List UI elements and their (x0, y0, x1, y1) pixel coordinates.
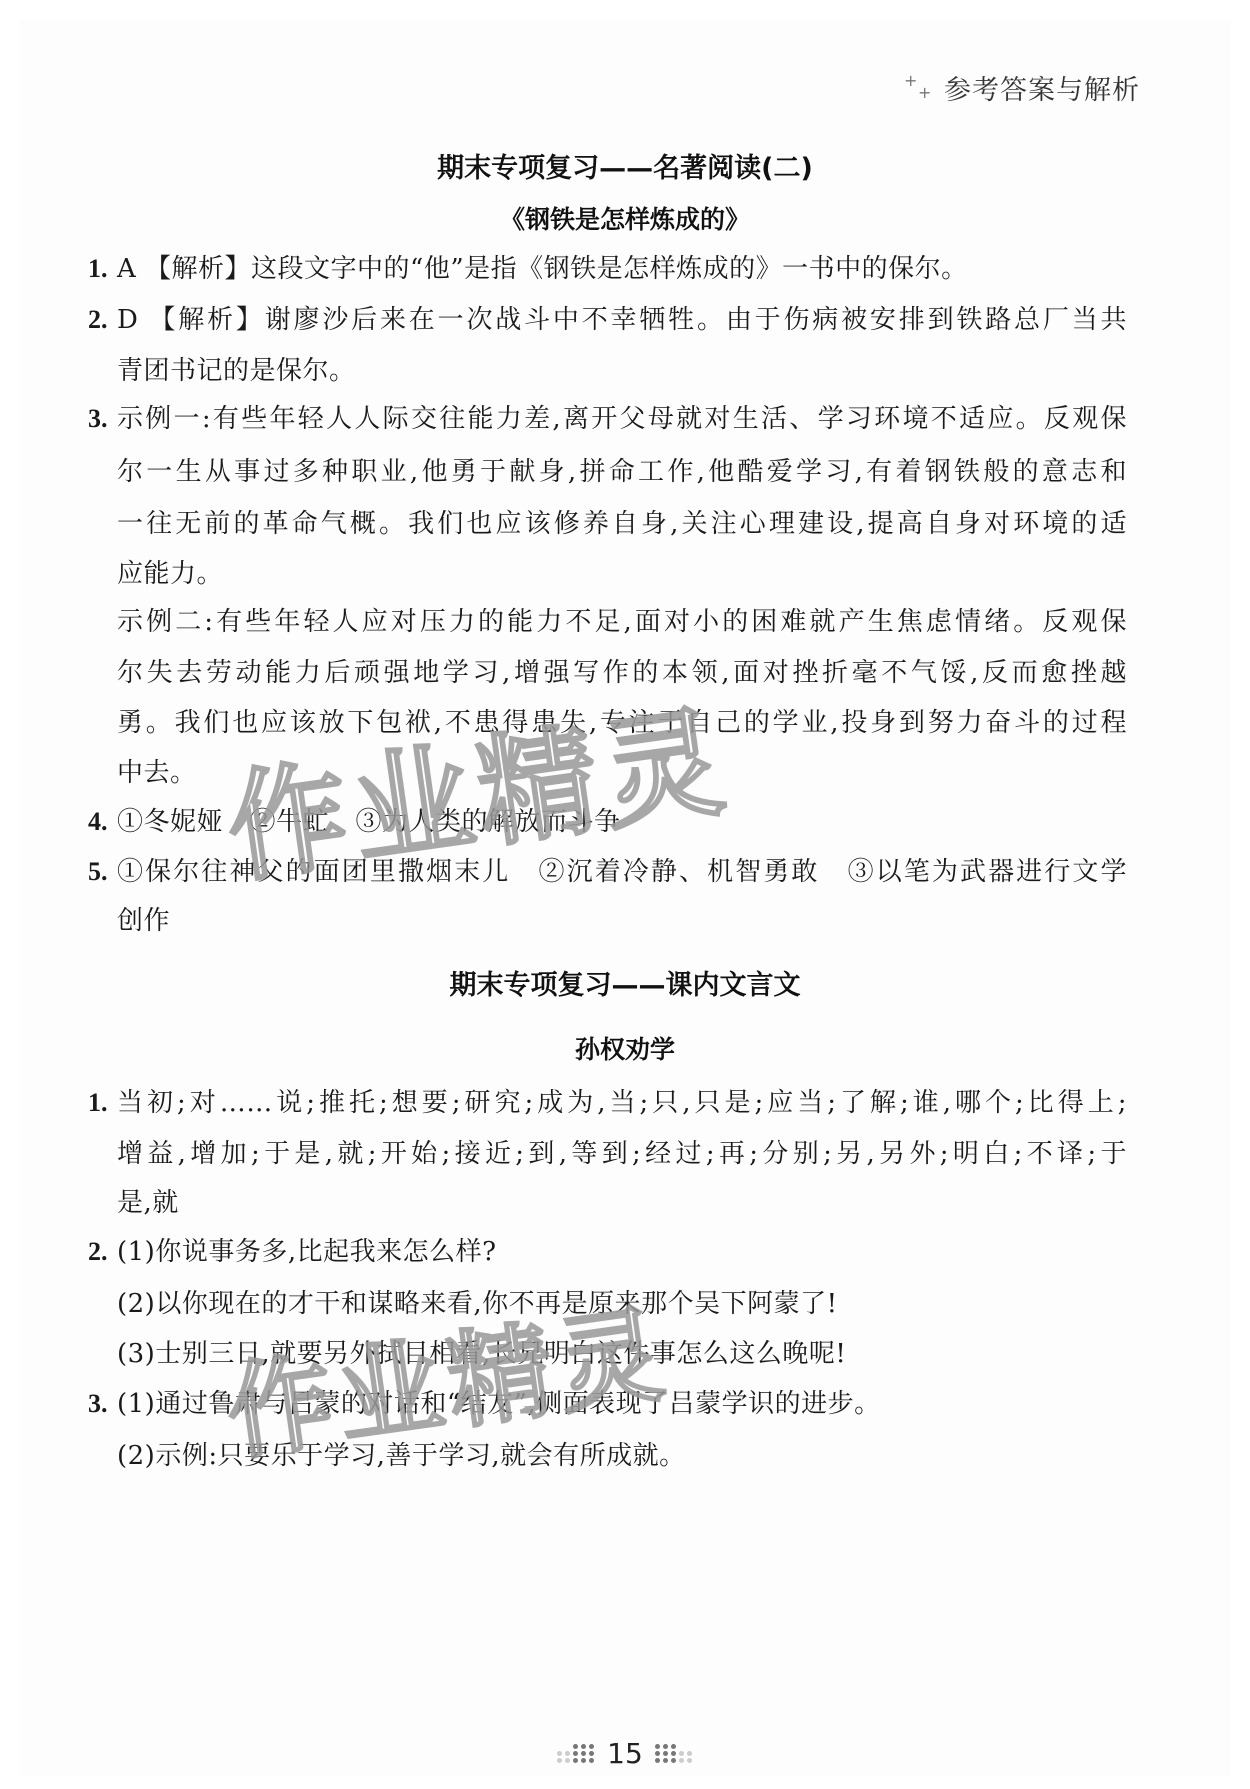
item-number: 3. (88, 1388, 108, 1420)
section-subtitle: 《钢铁是怎样炼成的》 (0, 200, 1250, 236)
answer-line: 勇。我们也应该放下包袱,不患得患失,专注于自己的学业,投身到努力奋斗的过程 (117, 707, 1127, 739)
answer-line: (1)通过鲁肃与吕蒙的对话和“结友”,侧面表现了吕蒙学识的进步。 (117, 1388, 881, 1420)
answer-line: 尔一生从事过多种职业,他勇于献身,拼命工作,他酷爱学习,有着钢铁般的意志和 (117, 456, 1127, 488)
header-title: 参考答案与解析 (944, 68, 1140, 107)
answer-line: (2)以你现在的才干和谋略来看,你不再是原来那个吴下阿蒙了! (117, 1288, 838, 1320)
answer-line: 应能力。 (117, 558, 223, 590)
item-number: 5. (88, 856, 108, 888)
answer-line: D 【解析】谢廖沙后来在一次战斗中不幸牺牲。由于伤病被安排到铁路总厂当共 (117, 304, 1127, 336)
answer-line: 示例一:有些年轻人人际交往能力差,离开父母就对生活、学习环境不适应。反观保 (117, 403, 1127, 435)
answer-line: ①冬妮娅 ②牛虻 ③为人类的解放而斗争 (117, 806, 621, 838)
section-title: 期末专项复习——名著阅读(二) (0, 146, 1250, 185)
answer-line: 中去。 (117, 757, 197, 789)
answer-line: 青团书记的是保尔。 (117, 355, 356, 387)
section-subtitle: 孙权劝学 (0, 1030, 1250, 1066)
page-header: ++ 参考答案与解析 (904, 68, 1140, 107)
answer-line: ①保尔往神父的面团里撒烟末儿 ②沉着冷静、机智勇敢 ③以笔为武器进行文学 (117, 856, 1127, 888)
item-number: 1. (88, 253, 108, 285)
item-number: 2. (88, 304, 108, 336)
item-number: 3. (88, 403, 108, 435)
answer-line: 当初;对……说;推托;想要;研究;成为,当;只,只是;应当;了解;谁,哪个;比得… (117, 1087, 1127, 1119)
answer-line: (1)你说事务多,比起我来怎么样? (117, 1236, 497, 1268)
answer-line: 一往无前的革命气概。我们也应该修养自身,关注心理建设,提高自身对环境的适 (117, 508, 1127, 540)
item-number: 2. (88, 1236, 108, 1268)
answer-line: 尔失去劳动能力后顽强地学习,增强写作的本领,面对挫折毫不气馁,反而愈挫越 (117, 657, 1127, 689)
item-number: 4. (88, 806, 108, 838)
answer-line: 创作 (117, 905, 170, 937)
section-title: 期末专项复习——课内文言文 (0, 963, 1250, 1002)
dots-decoration-icon (557, 1744, 595, 1763)
item-number: 1. (88, 1087, 108, 1119)
answer-line: 是,就 (117, 1187, 179, 1219)
answer-line: (3)士别三日,就要另外拭目相看,长兄明白这件事怎么这么晚呢! (117, 1338, 846, 1370)
page-footer: 15 (0, 1737, 1250, 1770)
sparkle-icon: ++ (904, 73, 934, 103)
answer-line: A 【解析】这段文字中的“他”是指《钢铁是怎样炼成的》一书中的保尔。 (117, 253, 968, 285)
page-number: 15 (607, 1737, 643, 1770)
answer-line: 示例二:有些年轻人应对压力的能力不足,面对小的困难就产生焦虑情绪。反观保 (117, 606, 1127, 638)
dots-decoration-icon (655, 1744, 693, 1763)
answer-line: 增益,增加;于是,就;开始;接近;到,等到;经过;再;分别;另,另外;明白;不译… (117, 1138, 1127, 1170)
answer-line: (2)示例:只要乐于学习,善于学习,就会有所成就。 (117, 1440, 686, 1472)
